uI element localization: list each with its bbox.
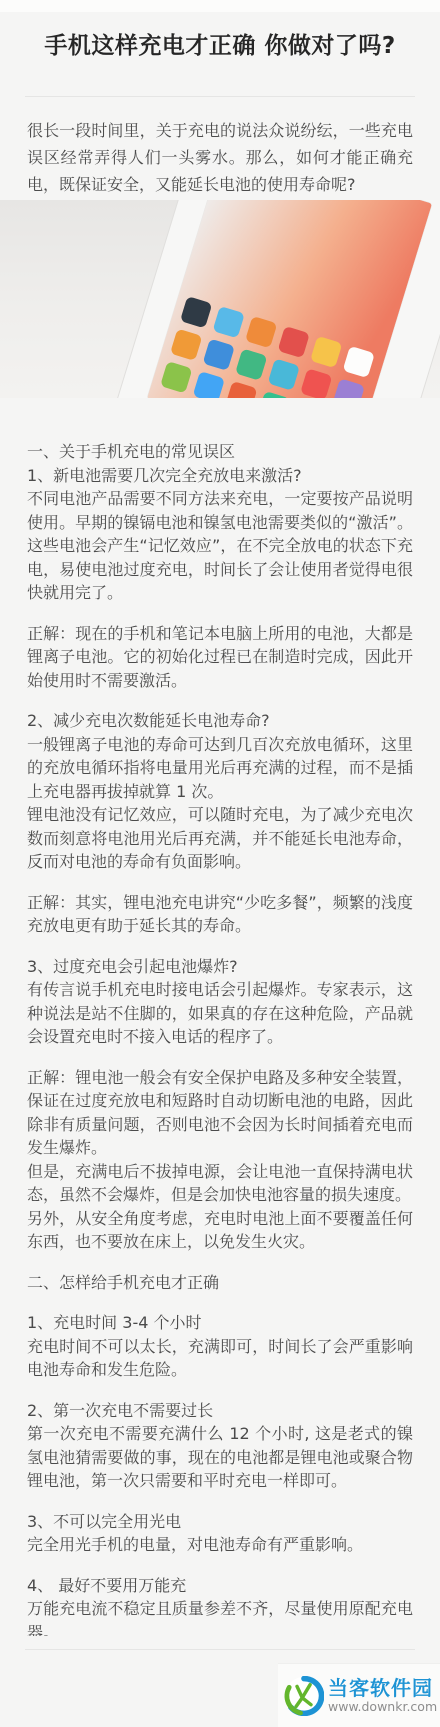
paragraph-text: 正解：现在的手机和笔记本电脑上所用的电池，大都是锂离子电池。它的初始化过程已在制… [27, 622, 413, 693]
intro-paragraph: 很长一段时间里，关于充电的说法众说纷纭，一些充电误区经常弄得人们一头雾水。那么，… [27, 117, 413, 198]
paragraph-text: 4、 最好不要用万能充 [27, 1574, 413, 1598]
paragraph-block: 2、减少充电次数能延长电池寿命?一般锂离子电池的寿命可达到几百次充放电循环，这里… [27, 709, 413, 874]
paragraph-text: 1、充电时间 3-4 个小时 [27, 1311, 413, 1335]
paragraph-text: 1、新电池需要几次完全充放电来激活? [27, 464, 413, 488]
paragraph-block: 1、充电时间 3-4 个小时充电时间不可以太长，充满即可，时间长了会严重影响电池… [27, 1311, 413, 1382]
paragraph-text: 完全用光手机的电量，对电池寿命有严重影响。 [27, 1533, 413, 1557]
paragraph-text: 不同电池产品需要不同方法来充电，一定要按产品说明使用。早期的镍镉电池和镍氢电池需… [27, 487, 413, 605]
paragraph-block: 4、 最好不要用万能充万能充电流不稳定且质量参差不齐，尽量使用原配充电器。 [27, 1574, 413, 1637]
paragraph-text: 充电时间不可以太长，充满即可，时间长了会严重影响电池寿命和发生危险。 [27, 1335, 413, 1382]
paragraph-block: 正解：现在的手机和笔记本电脑上所用的电池，大都是锂离子电池。它的初始化过程已在制… [27, 622, 413, 693]
article-photo: mi [0, 200, 440, 398]
paragraph-text: 2、减少充电次数能延长电池寿命? [27, 709, 413, 733]
page-title: 手机这样充电才正确 你做对了吗? [0, 0, 440, 61]
paragraph-text: 有传言说手机充电时接电话会引起爆炸。专家表示，这种说法是站不住脚的，如果真的存在… [27, 978, 413, 1049]
title-divider [25, 96, 415, 97]
downkr-logo-icon [284, 1676, 324, 1716]
paragraph-text: 二、怎样给手机充电才正确 [27, 1271, 413, 1295]
paragraph-text: 正解：其实，锂电池充电讲究“少吃多餐”，频繁的浅度充放电更有助于延长其的寿命。 [27, 891, 413, 938]
paragraph-text: 正解：锂电池一般会有安全保护电路及多种安全装置，保证在过度充放电和短路时自动切断… [27, 1066, 413, 1160]
watermark-site-name: 当客软件园 [328, 1677, 437, 1699]
article-body: 一、关于手机充电的常见误区1、新电池需要几次完全充放电来激活?不同电池产品需要不… [27, 440, 413, 1636]
paragraph-text: 一、关于手机充电的常见误区 [27, 440, 413, 464]
watermark-site-url: www.downkr.com [328, 1699, 437, 1714]
paragraph-block: 正解：其实，锂电池充电讲究“少吃多餐”，频繁的浅度充放电更有助于延长其的寿命。 [27, 891, 413, 938]
paragraph-block: 二、怎样给手机充电才正确 [27, 1271, 413, 1295]
paragraph-block: 2、第一次充电不需要过长第一次充电不需要充满什么 12 个小时, 这是老式的镍氢… [27, 1399, 413, 1493]
paragraph-block: 正解：锂电池一般会有安全保护电路及多种安全装置，保证在过度充放电和短路时自动切断… [27, 1066, 413, 1254]
paragraph-text: 另外，从安全角度考虑，充电时电池上面不要覆盖任何东西，也不要放在床上，以免发生火… [27, 1207, 413, 1254]
paragraph-text: 2、第一次充电不需要过长 [27, 1399, 413, 1423]
paragraph-text: 一般锂离子电池的寿命可达到几百次充放电循环，这里的充放电循环指将电量用光后再充满… [27, 733, 413, 804]
paragraph-text: 3、过度充电会引起电池爆炸? [27, 955, 413, 979]
downkr-watermark: 当客软件园 www.downkr.com [278, 1663, 440, 1727]
paragraph-text: 3、不可以完全用光电 [27, 1510, 413, 1534]
article-page: 手机这样充电才正确 你做对了吗? 很长一段时间里，关于充电的说法众说纷纭，一些充… [0, 0, 440, 1727]
paragraph-block: 3、过度充电会引起电池爆炸?有传言说手机充电时接电话会引起爆炸。专家表示，这种说… [27, 955, 413, 1049]
paragraph-text: 万能充电流不稳定且质量参差不齐，尽量使用原配充电器。 [27, 1597, 413, 1636]
paragraph-text: 但是，充满电后不拔掉电源，会让电池一直保持满电状态，虽然不会爆炸，但是会加快电池… [27, 1160, 413, 1207]
paragraph-text: 锂电池没有记忆效应，可以随时充电，为了减少充电次数而刻意将电池用光后再充满，并不… [27, 803, 413, 874]
paragraph-block: 一、关于手机充电的常见误区1、新电池需要几次完全充放电来激活?不同电池产品需要不… [27, 440, 413, 605]
footer-divider [25, 1649, 415, 1650]
paragraph-block: 3、不可以完全用光电完全用光手机的电量，对电池寿命有严重影响。 [27, 1510, 413, 1557]
paragraph-text: 第一次充电不需要充满什么 12 个小时, 这是老式的镍氢电池猜需要做的事，现在的… [27, 1422, 413, 1493]
